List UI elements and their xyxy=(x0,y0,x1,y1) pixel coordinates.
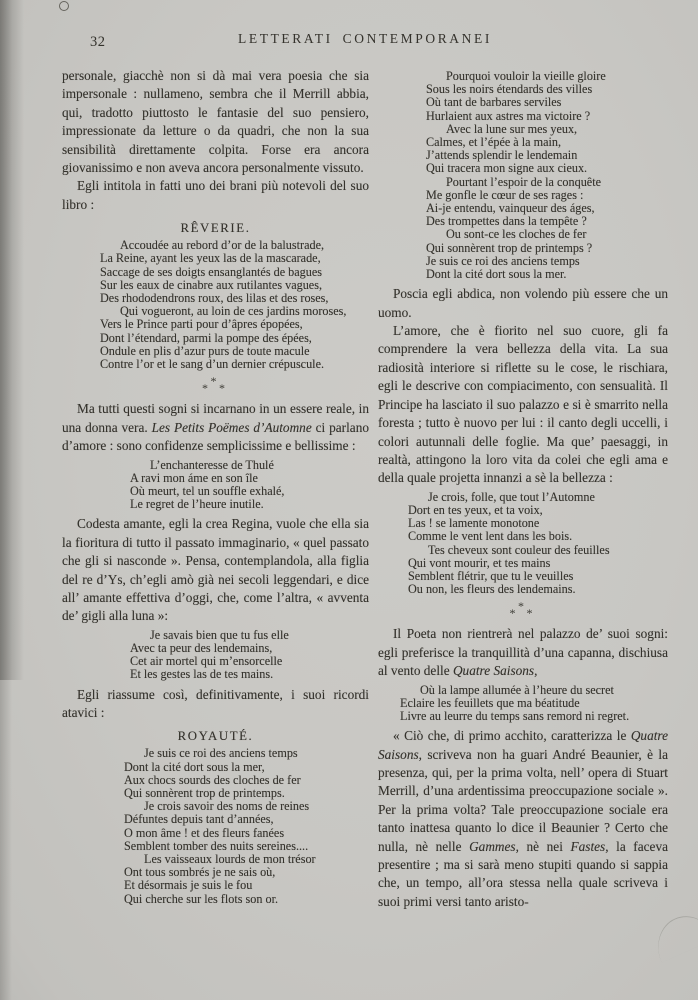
poem-line: A ravi mon áme en son île xyxy=(130,472,369,485)
poem-line: Dont l’étendard, parmi la pompe des épée… xyxy=(100,332,369,345)
paragraph: Il Poeta non rientrerà nel palazzo de’ s… xyxy=(378,625,668,680)
poem-line: Ou sont-ce les cloches de fer xyxy=(426,228,668,241)
text-run: « Ciò che, di primo acchito, caratterizz… xyxy=(393,728,631,743)
paragraph: Egli riassume così, definitivamente, i s… xyxy=(62,686,369,723)
poem: Je savais bien que tu fus elleAvec ta pe… xyxy=(130,629,369,682)
italic-text-run: Les Petits Poëmes d’Automne xyxy=(152,420,312,435)
poem-line: Je crois, folle, que tout l’Automne xyxy=(408,491,668,504)
paragraph: « Ciò che, di primo acchito, caratterizz… xyxy=(378,727,668,911)
asterism-row: * * xyxy=(378,610,668,617)
italic-text-run: Gammes xyxy=(469,839,516,854)
text-run: personale, giacchè non si dà mai vera po… xyxy=(62,68,369,175)
poem-line: Je suis ce roi des anciens temps xyxy=(124,747,369,760)
poem-line: Tes cheveux sont couleur des feuilles xyxy=(408,544,668,557)
poem-line: Comme le vent lent dans les bois. xyxy=(408,530,668,543)
italic-text-run: Fastes xyxy=(571,839,606,854)
paragraph: L’amore, che è fiorito nel suo cuore, gl… xyxy=(378,322,668,488)
poem-line: Le regret de l’heure inutile. xyxy=(130,498,369,511)
poem: Pourquoi vouloir la vieille gloireSous l… xyxy=(426,70,668,281)
handwritten-circle-mark xyxy=(59,1,69,11)
page-header: 32 LETTERATI CONTEMPORANEI xyxy=(62,31,668,53)
poem-line: Je savais bien que tu fus elle xyxy=(130,629,369,642)
asterism-row: * * xyxy=(62,385,369,392)
poem: Je crois, folle, que tout l’AutomneDort … xyxy=(408,491,668,597)
left-column: personale, giacchè non si dà mai vera po… xyxy=(62,67,369,911)
poem-line: Dont la cité dort sous la mer, xyxy=(124,761,369,774)
paragraph: Egli intitola in fatti uno dei brani più… xyxy=(62,177,369,214)
poem-line: Vers le Prince parti pour d’âpres épopée… xyxy=(100,318,369,331)
paragraph: Poscia egli abdica, non volendo più esse… xyxy=(378,285,668,322)
poem-line: Contre l’or et le sang d’un dernier crép… xyxy=(100,358,369,371)
text-run: , nè nei xyxy=(516,839,571,854)
poem-title: RÊVERIE. xyxy=(62,221,369,236)
text-run: Codesta amante, egli la crea Regina, vuo… xyxy=(62,516,369,623)
page-crease xyxy=(647,906,698,962)
asterism-divider: ** * xyxy=(378,603,668,617)
poem-line: Qui cherche sur les flots son or. xyxy=(124,893,369,906)
text-columns: personale, giacchè non si dà mai vera po… xyxy=(62,67,668,911)
poem-line: Eclaire les feuillets que ma béatitude xyxy=(400,697,668,710)
poem-line: Hurlaient aux astres ma victoire ? xyxy=(426,110,668,123)
page-number: 32 xyxy=(90,34,106,51)
poem-line: Et désormais je suis le fou xyxy=(124,879,369,892)
running-title: LETTERATI CONTEMPORANEI xyxy=(62,31,668,47)
poem-line: Où la lampe allumée à l’heure du secret xyxy=(400,684,668,697)
poem-line: La Reine, ayant les yeux las de la masca… xyxy=(100,252,369,265)
book-page: 32 LETTERATI CONTEMPORANEI personale, gi… xyxy=(0,0,698,1000)
poem-line: Qui sonnèrent trop de printemps ? xyxy=(426,242,668,255)
paragraph: Ma tutti questi sogni si incarnano in un… xyxy=(62,400,369,455)
poem: Je suis ce roi des anciens tempsDont la … xyxy=(124,747,369,905)
text-run: Egli riassume così, definitivamente, i s… xyxy=(62,687,369,720)
text-run: , scriveva non ha guari André Beaunier, … xyxy=(378,747,668,854)
poem-line: Livre au leurre du temps sans remord ni … xyxy=(400,710,668,723)
poem-line: Dont la cité dort sous la mer. xyxy=(426,268,668,281)
text-run: L’amore, che è fiorito nel suo cuore, gl… xyxy=(378,323,668,485)
asterism-divider: ** * xyxy=(62,378,369,392)
poem-line: L’enchanteresse de Thulé xyxy=(130,459,369,472)
poem-line: Ou non, les fleurs des lendemains. xyxy=(408,583,668,596)
poem: Accoudée au rebord d’or de la balustrade… xyxy=(100,239,369,371)
poem: L’enchanteresse de ThuléA ravi mon áme e… xyxy=(130,459,369,512)
italic-text-run: Quatre Saisons xyxy=(453,663,534,678)
poem: Où la lampe allumée à l’heure du secretE… xyxy=(400,684,668,724)
paragraph: Codesta amante, egli la crea Regina, vuo… xyxy=(62,515,369,625)
paragraph: personale, giacchè non si dà mai vera po… xyxy=(62,67,369,177)
poem-line: Où tant de barbares serviles xyxy=(426,96,668,109)
poem-line: Défuntes depuis tant d’années, xyxy=(124,813,369,826)
text-run: , xyxy=(534,663,537,678)
binding-shadow-lower xyxy=(0,0,12,1000)
poem-line: Aux chocs sourds des cloches de fer xyxy=(124,774,369,787)
right-column: Pourquoi vouloir la vieille gloireSous l… xyxy=(378,67,668,911)
poem-line: Qui tracera mon signe aux cieux. xyxy=(426,162,668,175)
text-run: Egli intitola in fatti uno dei brani più… xyxy=(62,178,369,211)
text-run: Poscia egli abdica, non volendo più esse… xyxy=(378,286,668,319)
poem-line: Et les gestes las de tes mains. xyxy=(130,668,369,681)
poem-line: Qui vont mourir, et tes mains xyxy=(408,557,668,570)
poem-title: ROYAUTÉ. xyxy=(62,729,369,744)
poem-line: O mon âme ! et des fleurs fanées xyxy=(124,827,369,840)
poem-line: Pourtant l’espoir de la conquête xyxy=(426,176,668,189)
poem-line: Saccage de ses doigts ensanglantés de ba… xyxy=(100,266,369,279)
